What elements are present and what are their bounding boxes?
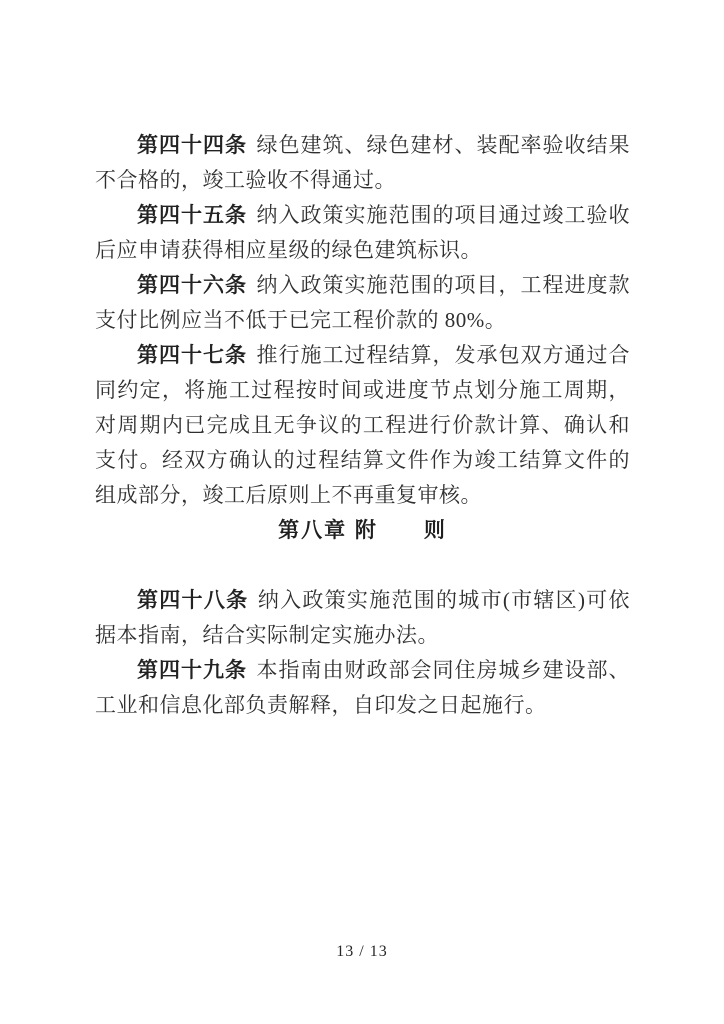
- article-number: 第四十五条: [137, 203, 247, 227]
- article-paragraph: 第四十五条纳入政策实施范围的项目通过竣工验收后应申请获得相应星级的绿色建筑标识。: [95, 198, 630, 268]
- article-paragraph: 第四十四条绿色建筑、绿色建材、装配率验收结果不合格的，竣工验收不得通过。: [95, 128, 630, 198]
- article-number: 第四十六条: [137, 273, 247, 297]
- chapter-heading: 第八章 附 则: [95, 513, 630, 548]
- article-number: 第四十七条: [137, 343, 247, 367]
- document-body: 第四十四条绿色建筑、绿色建材、装配率验收结果不合格的，竣工验收不得通过。 第四十…: [0, 0, 724, 723]
- article-paragraph: 第四十七条推行施工过程结算，发承包双方通过合同约定，将施工过程按时间或进度节点划…: [95, 338, 630, 513]
- document-page: 第四十四条绿色建筑、绿色建材、装配率验收结果不合格的，竣工验收不得通过。 第四十…: [0, 0, 724, 1024]
- article-paragraph: 第四十八条纳入政策实施范围的城市(市辖区)可依据本指南，结合实际制定实施办法。: [95, 583, 630, 653]
- article-text: 推行施工过程结算，发承包双方通过合同约定，将施工过程按时间或进度节点划分施工周期…: [95, 343, 630, 507]
- article-paragraph: 第四十九条本指南由财政部会同住房城乡建设部、工业和信息化部负责解释，自印发之日起…: [95, 653, 630, 723]
- article-paragraph: 第四十六条纳入政策实施范围的项目，工程进度款支付比例应当不低于已完工程价款的 8…: [95, 268, 630, 338]
- article-number: 第四十九条: [137, 658, 247, 682]
- article-number: 第四十四条: [137, 133, 247, 157]
- page-number: 13 / 13: [0, 941, 724, 963]
- article-number: 第四十八条: [137, 588, 248, 612]
